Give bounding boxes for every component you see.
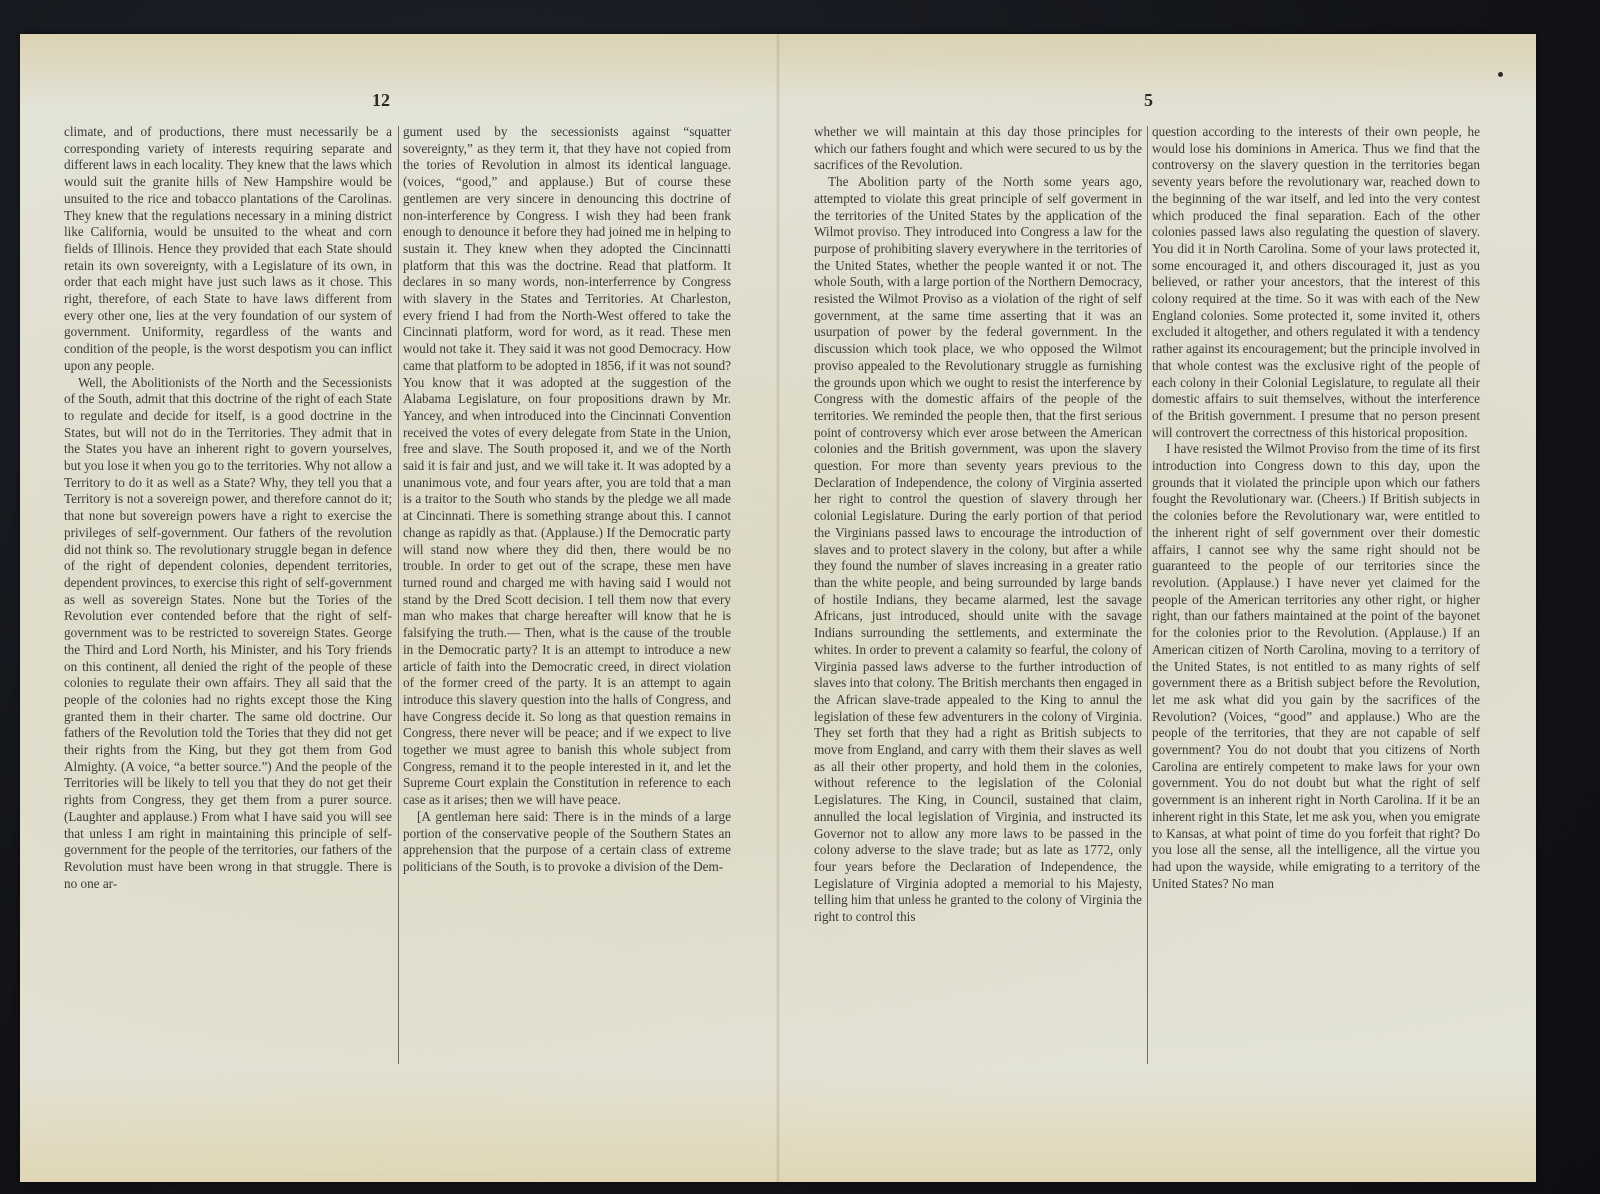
- left-page-column-2: gument used by the secessionists against…: [403, 124, 731, 876]
- paragraph: I have resisted the Wilmot Proviso from …: [1152, 441, 1480, 892]
- paragraph: whether we will maintain at this day tho…: [814, 124, 1142, 174]
- pamphlet-spread: 12 climate, and of productions, there mu…: [20, 34, 1536, 1182]
- paragraph: [A gentleman here said: There is in the …: [403, 809, 731, 876]
- paragraph: gument used by the secessionists against…: [403, 124, 731, 809]
- right-page-column-1: whether we will maintain at this day tho…: [814, 124, 1142, 926]
- right-page-column-2: question according to the interests of t…: [1152, 124, 1480, 892]
- column-rule-right: [1147, 126, 1148, 1064]
- ink-speck: [1498, 72, 1503, 77]
- column-rule-left: [398, 126, 399, 1064]
- paragraph: Well, the Abolitionists of the North and…: [64, 375, 392, 893]
- paragraph: question according to the interests of t…: [1152, 124, 1480, 441]
- paragraph: climate, and of productions, there must …: [64, 124, 392, 375]
- page-number-right: 5: [1144, 90, 1153, 111]
- spine-fold: [776, 34, 780, 1182]
- page-number-left: 12: [372, 90, 390, 111]
- left-page-column-1: climate, and of productions, there must …: [64, 124, 392, 892]
- paragraph: The Abolition party of the North some ye…: [814, 174, 1142, 926]
